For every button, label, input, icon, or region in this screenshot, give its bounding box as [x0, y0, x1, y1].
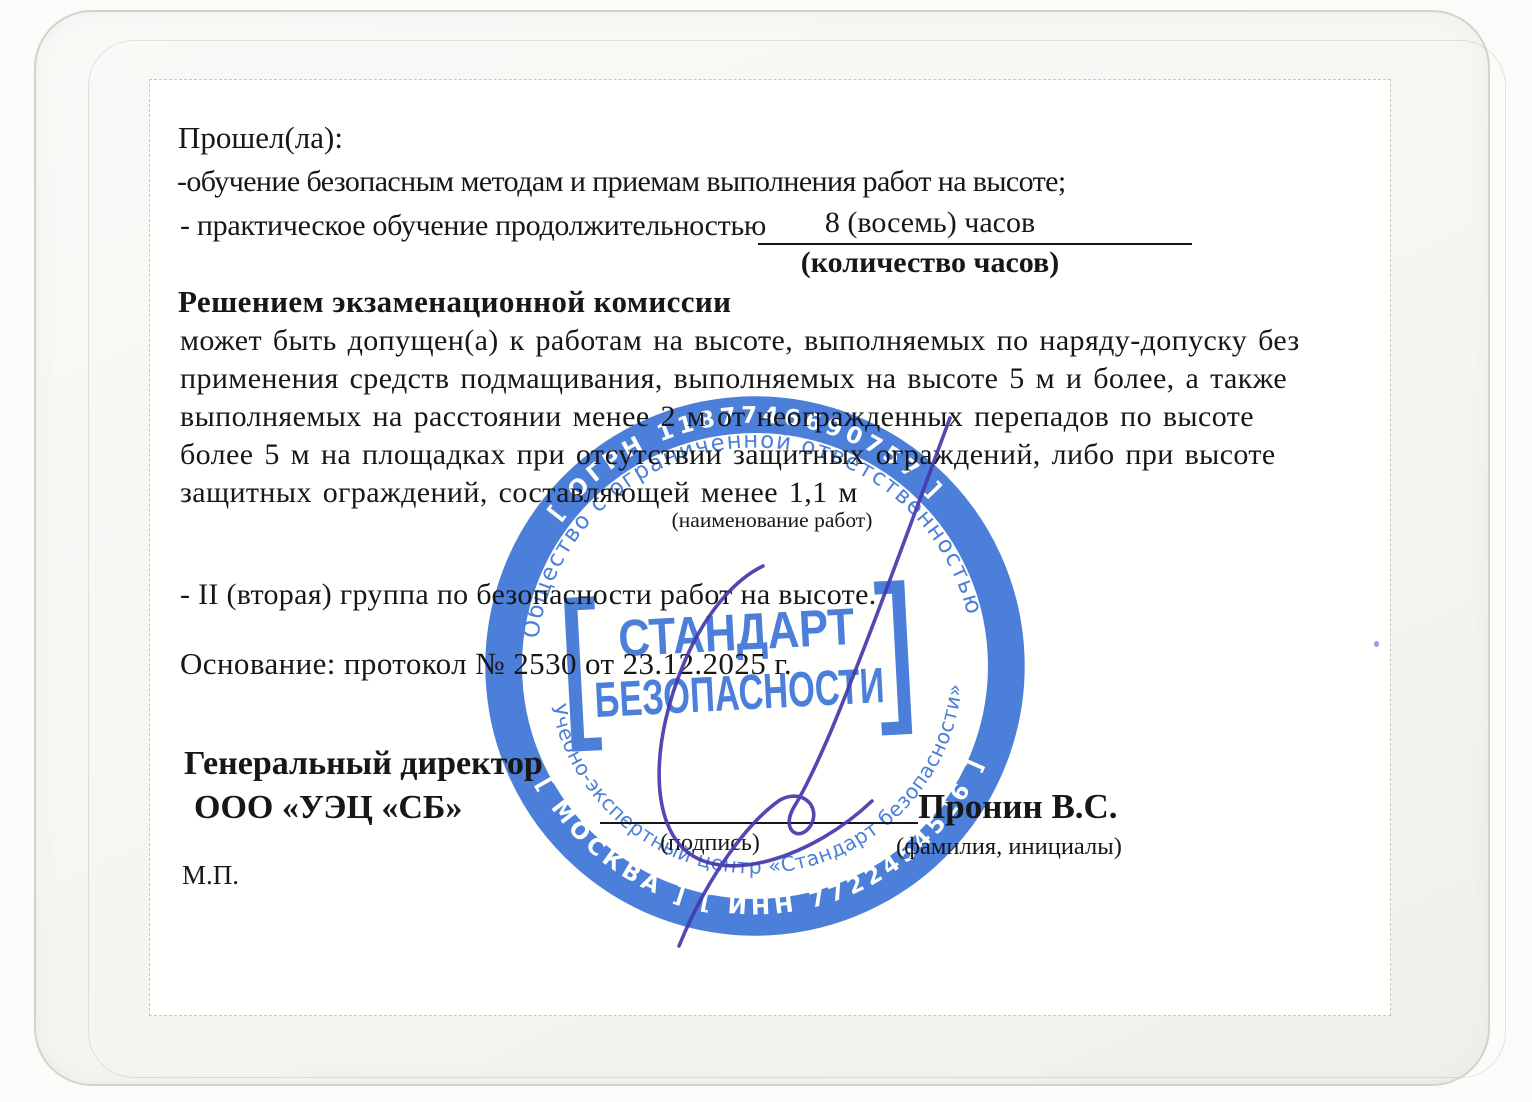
passed-label: Прошел(ла):	[178, 120, 343, 156]
works-caption: (наименование работ)	[652, 508, 892, 533]
scanned-certificate-page: [ ОГРН 1187746690757 ] [ МОСКВА ] [ ИНН …	[0, 0, 1532, 1102]
commission-line: выполняемых на расстоянии менее 2 м от н…	[180, 400, 1254, 434]
commission-heading: Решением экзаменационной комиссии	[178, 284, 731, 320]
director-org: ООО «УЭЦ «СБ»	[194, 789, 462, 827]
commission-line: может быть допущен(а) к работам на высот…	[180, 324, 1300, 358]
director-title: Генеральный директор	[184, 745, 543, 783]
signature-caption: (подпись)	[630, 830, 790, 857]
basis-line: Основание: протокол № 2530 от 23.12.2025…	[180, 646, 792, 682]
hours-value: 8 (восемь) часов	[770, 206, 1090, 240]
commission-line: более 5 м на площадках при отсутствии за…	[180, 438, 1276, 472]
name-caption: (фамилия, инициалы)	[896, 833, 1122, 861]
director-name: Пронин В.С.	[918, 787, 1118, 827]
signature-underline	[600, 822, 918, 824]
ink-speck	[1374, 641, 1379, 647]
training-line: -обучение безопасным методам и приемам в…	[177, 165, 1066, 199]
hours-blank-underline	[758, 243, 1192, 245]
group-line: - II (вторая) группа по безопасности раб…	[180, 578, 877, 612]
stamp-place-label: М.П.	[182, 860, 239, 891]
commission-line: применения средств подмащивания, выполня…	[180, 362, 1287, 396]
commission-line: защитных ограждений, составляющей менее …	[180, 476, 858, 510]
practical-line: - практическое обучение продолжительност…	[180, 209, 766, 243]
hours-caption: (количество часов)	[780, 246, 1080, 280]
